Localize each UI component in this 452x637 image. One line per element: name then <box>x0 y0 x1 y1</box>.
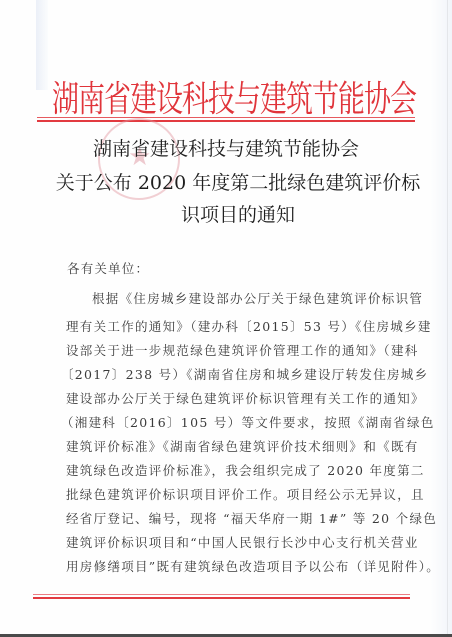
body-line: 建筑绿色改造评价标准》，我会组织完成了 2020 年度第二 <box>66 461 402 479</box>
footer-rule-thick <box>33 597 410 599</box>
body-line: 根据《住房城乡建设部办公厅关于绿色建筑评价标识管 <box>92 289 402 307</box>
title-line-1: 湖南省建设科技与建筑节能协会 <box>0 134 452 161</box>
title-line-2: 关于公布 2020 年度第二批绿色建筑评价标 <box>12 168 452 195</box>
body-line: 经省厅登记、编号，现将 “福天华府一期 1#” 等 20 个绿色 <box>66 509 402 527</box>
scan-shading <box>430 0 452 634</box>
letterhead-organization: 湖南省建设科技与建筑节能协会 <box>52 70 402 121</box>
body-line: 用房修缮项目”既有建筑绿色改造项目予以公布（详见附件）。 <box>66 557 402 575</box>
salutation: 各有关单位： <box>67 259 149 277</box>
title-line-3: 识项目的通知 <box>12 200 452 227</box>
body-line: 理有关工作的通知》（建办科〔2015〕53 号）《住房城乡建 <box>66 317 402 335</box>
body-line: 建设部办公厅关于绿色建筑评价标识管理有关工作的通知》 <box>66 389 402 407</box>
document-page: 湖南省建设科技与建筑节能协会 ★ 湖南省建设科技与建筑节能协会 关于公布 202… <box>0 0 452 634</box>
body-line: 批绿色建筑评价标识项目评价工作。项目经公示无异议，且 <box>66 485 402 503</box>
body-line: 建筑评价标识项目和“中国人民银行长沙中心支行机关营业 <box>66 533 402 551</box>
body-line: 建筑评价标准》《湖南省绿色建筑评价技术细则》和《既有 <box>66 437 402 455</box>
scan-shading <box>36 0 48 90</box>
footer-rule-thin <box>33 594 410 595</box>
letterhead-rule-thin <box>37 117 415 118</box>
letterhead-rule-thick <box>37 120 415 122</box>
body-line: 设部关于进一步规范绿色建筑评价管理工作的通知》（建科 <box>66 341 402 359</box>
body-line: （湘建科〔2016〕105 号）等文件要求，按照《湖南省绿色 <box>61 413 397 431</box>
scan-edge <box>447 0 448 634</box>
body-line: 〔2017〕238 号）《湖南省住房和城乡建设厅转发住房城乡 <box>61 365 397 383</box>
